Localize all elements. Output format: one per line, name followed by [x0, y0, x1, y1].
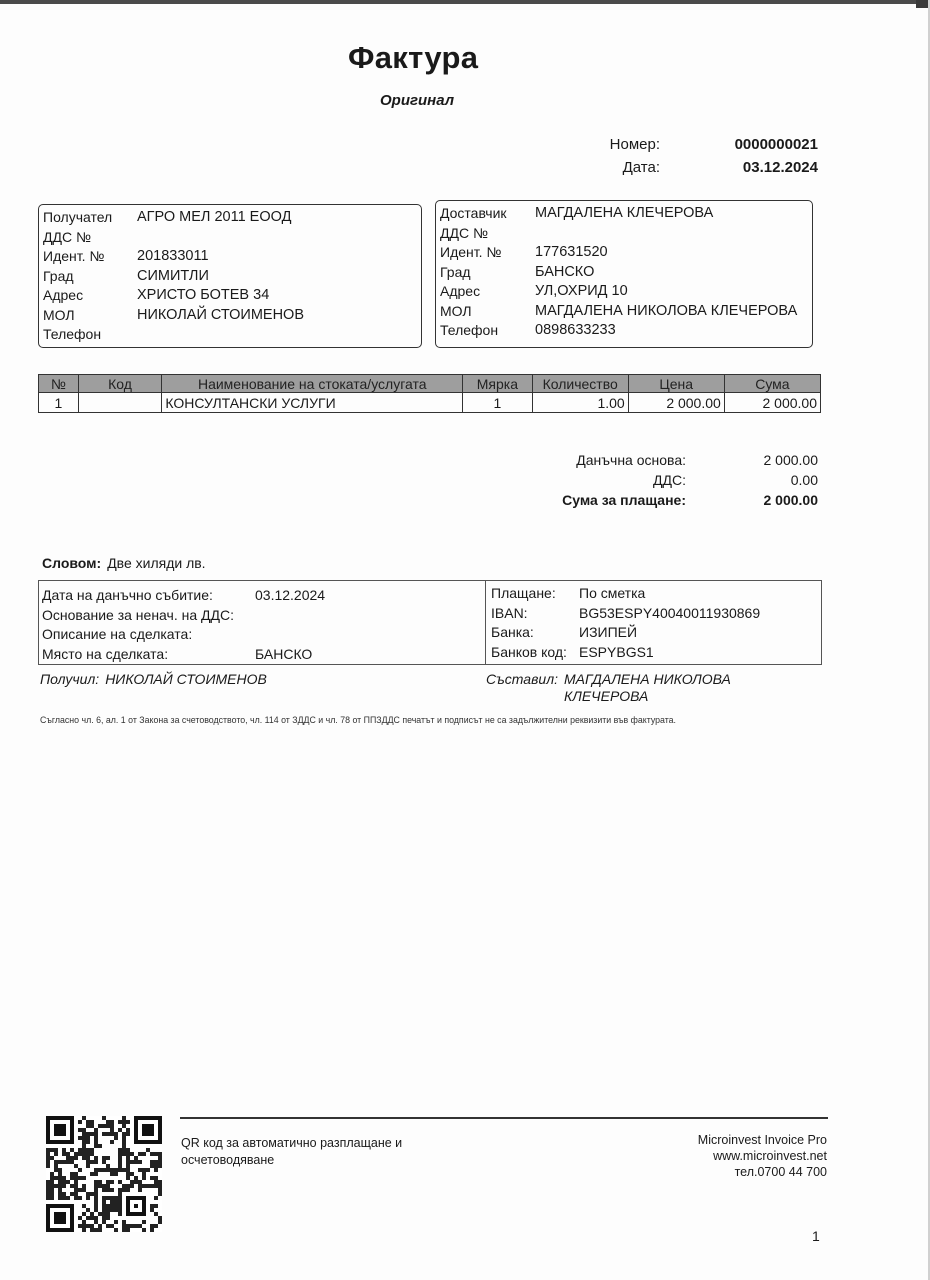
recipient-row-name: ПолучателАГРО МЕЛ 2011 ЕООД	[43, 208, 417, 228]
amount-in-words-label: Словом:	[42, 555, 101, 571]
supplier-name: МАГДАЛЕНА КЛЕЧЕРОВА	[535, 204, 713, 224]
vat-value: 0.00	[700, 470, 818, 490]
payment-row-bank: Банка:ИЗИПЕЙ	[491, 623, 760, 643]
received-by: Получил:НИКОЛАЙ СТОИМЕНОВ	[40, 671, 267, 687]
col-header-number: №	[39, 375, 79, 393]
recipient-box: ПолучателАГРО МЕЛ 2011 ЕООД ДДС № Идент.…	[38, 204, 422, 348]
invoice-title: Фактура	[348, 40, 478, 76]
qr-caption: QR код за автоматично разплащане и осчет…	[181, 1135, 451, 1169]
software-vendor-info: Microinvest Invoice Pro www.microinvest.…	[600, 1132, 827, 1180]
col-header-price: Цена	[628, 375, 724, 393]
invoice-number-label: Номер:	[560, 133, 660, 156]
recipient-row-address: АдресХРИСТО БОТЕВ 34	[43, 286, 417, 306]
vendor-website: www.microinvest.net	[600, 1148, 827, 1164]
col-header-code: Код	[78, 375, 162, 393]
received-by-name: НИКОЛАЙ СТОИМЕНОВ	[105, 671, 267, 687]
payment-row-bank-code: Банков код:ESPYBGS1	[491, 643, 760, 663]
col-header-unit: Мярка	[463, 375, 533, 393]
cell-quantity: 1.00	[532, 393, 628, 413]
invoice-date-label: Дата:	[560, 156, 660, 179]
supplier-row-city: ГрадБАНСКО	[440, 263, 808, 283]
table-row: 1 КОНСУЛТАНСКИ УСЛУГИ 1 1.00 2 000.00 2 …	[39, 393, 821, 413]
invoice-meta-labels: Номер: Дата:	[560, 133, 660, 179]
transaction-details-box: Дата на данъчно събитие:03.12.2024 Основ…	[38, 580, 822, 665]
detail-row-description: Описание на сделката:	[42, 625, 325, 645]
recipient-row-id: Идент. №201833011	[43, 247, 417, 267]
recipient-row-phone: Телефон	[43, 325, 417, 345]
amount-in-words-value: Две хиляди лв.	[107, 555, 205, 571]
copy-type: Оригинал	[380, 92, 454, 109]
invoice-date: 03.12.2024	[690, 156, 818, 179]
supplier-row-mol: МОЛМАГДАЛЕНА НИКОЛОВА КЛЕЧЕРОВА	[440, 302, 808, 322]
cell-unit: 1	[463, 393, 533, 413]
vendor-name: Microinvest Invoice Pro	[600, 1132, 827, 1148]
recipient-row-vat: ДДС №	[43, 228, 417, 248]
col-header-name: Наименование на стоката/услугата	[162, 375, 463, 393]
recipient-name: АГРО МЕЛ 2011 ЕООД	[137, 208, 291, 228]
amount-in-words: Словом:Две хиляди лв.	[42, 555, 206, 571]
details-divider	[485, 581, 486, 664]
detail-row-vat-exemption: Основание за ненач. на ДДС:	[42, 606, 325, 626]
cell-sum: 2 000.00	[724, 393, 820, 413]
legal-note: Съгласно чл. 6, ал. 1 от Закона за счето…	[40, 715, 676, 725]
vendor-phone: тел.0700 44 700	[600, 1164, 827, 1180]
scan-top-edge	[0, 0, 930, 4]
compiled-by-label: Съставил:	[486, 671, 564, 705]
supplier-box: ДоставчикМАГДАЛЕНА КЛЕЧЕРОВА ДДС № Идент…	[435, 200, 813, 348]
col-header-quantity: Количество	[532, 375, 628, 393]
compiled-by-name: МАГДАЛЕНА НИКОЛОВА КЛЕЧЕРОВА	[564, 671, 784, 705]
payment-row-method: Плащане:По сметка	[491, 584, 760, 604]
supplier-row-address: АдресУЛ,ОХРИД 10	[440, 282, 808, 302]
tax-base-value: 2 000.00	[700, 450, 818, 470]
payment-details: Плащане:По сметка IBAN:BG53ESPY400400119…	[491, 584, 760, 662]
compiled-by: Съставил:МАГДАЛЕНА НИКОЛОВА КЛЕЧЕРОВА	[486, 671, 784, 705]
recipient-row-city: ГрадСИМИТЛИ	[43, 267, 417, 287]
totals-labels: Данъчна основа: ДДС: Сума за плащане:	[500, 450, 686, 510]
cell-name: КОНСУЛТАНСКИ УСЛУГИ	[162, 393, 463, 413]
footer-divider	[180, 1117, 828, 1119]
detail-row-tax-event-date: Дата на данъчно събитие:03.12.2024	[42, 586, 325, 606]
transaction-details: Дата на данъчно събитие:03.12.2024 Основ…	[42, 586, 325, 664]
recipient-row-mol: МОЛНИКОЛАЙ СТОИМЕНОВ	[43, 306, 417, 326]
cell-code	[78, 393, 162, 413]
payment-qr-code	[46, 1115, 162, 1233]
supplier-row-phone: Телефон0898633233	[440, 321, 808, 341]
supplier-row-vat: ДДС №	[440, 224, 808, 244]
supplier-row-name: ДоставчикМАГДАЛЕНА КЛЕЧЕРОВА	[440, 204, 808, 224]
vat-label: ДДС:	[500, 470, 686, 490]
total-label: Сума за плащане:	[500, 490, 686, 510]
items-table: № Код Наименование на стоката/услугата М…	[38, 374, 821, 413]
items-header-row: № Код Наименование на стоката/услугата М…	[39, 375, 821, 393]
invoice-meta-values: 0000000021 03.12.2024	[690, 133, 818, 179]
detail-row-place: Място на сделката:БАНСКО	[42, 645, 325, 665]
total-value: 2 000.00	[700, 490, 818, 510]
totals-values: 2 000.00 0.00 2 000.00	[700, 450, 818, 510]
page-number: 1	[812, 1228, 820, 1244]
invoice-number: 0000000021	[690, 133, 818, 156]
tax-base-label: Данъчна основа:	[500, 450, 686, 470]
cell-number: 1	[39, 393, 79, 413]
col-header-sum: Сума	[724, 375, 820, 393]
supplier-row-id: Идент. №177631520	[440, 243, 808, 263]
received-by-label: Получил:	[40, 671, 99, 687]
cell-price: 2 000.00	[628, 393, 724, 413]
payment-row-iban: IBAN:BG53ESPY40040011930869	[491, 604, 760, 624]
